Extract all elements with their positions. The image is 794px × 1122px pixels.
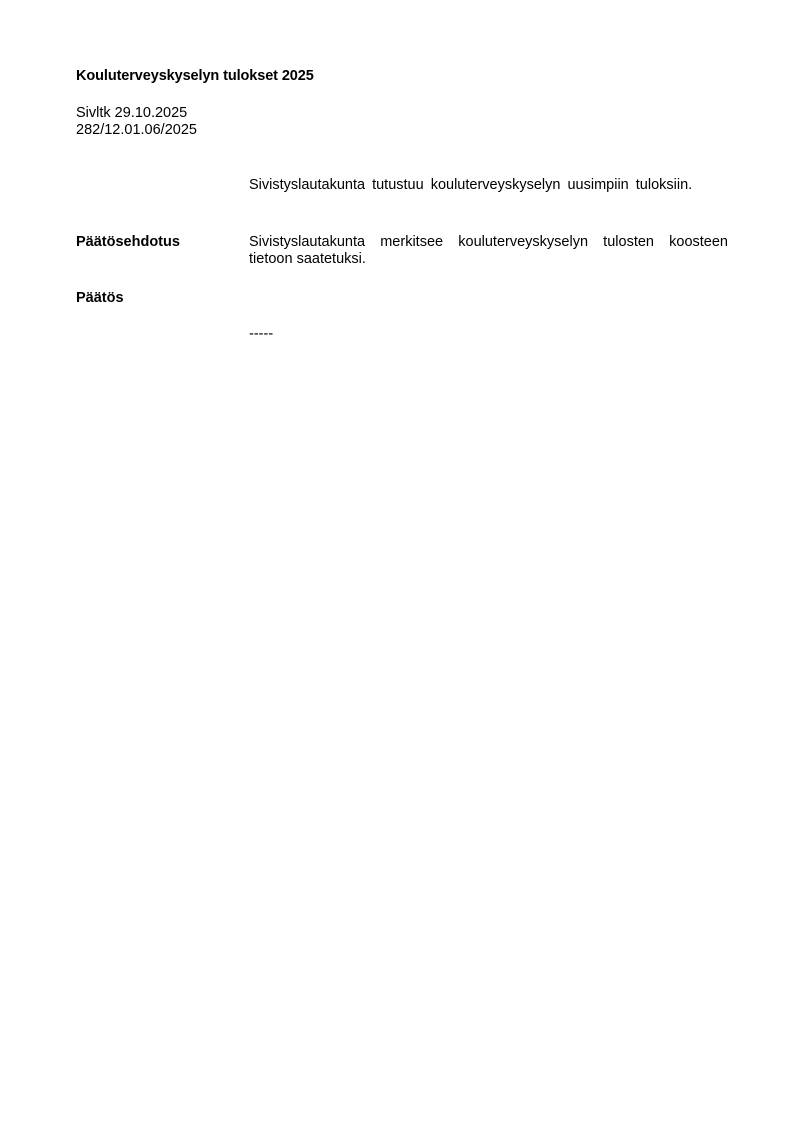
document-meta: Sivltk 29.10.2025 282/12.01.06/2025 <box>76 105 197 139</box>
proposal-label: Päätösehdotus <box>76 233 180 251</box>
document-page: Kouluterveyskyselyn tulokset 2025 Sivltk… <box>0 0 794 1122</box>
intro-paragraph: Sivistyslautakunta tutustuu kouluterveys… <box>249 177 728 194</box>
decision-text: ----- <box>249 326 728 343</box>
meeting-reference: Sivltk 29.10.2025 <box>76 105 197 122</box>
case-number: 282/12.01.06/2025 <box>76 122 197 139</box>
proposal-text: Sivistyslautakunta merkitsee koulutervey… <box>249 234 728 268</box>
decision-label: Päätös <box>76 289 124 307</box>
document-title: Kouluterveyskyselyn tulokset 2025 <box>76 67 314 85</box>
